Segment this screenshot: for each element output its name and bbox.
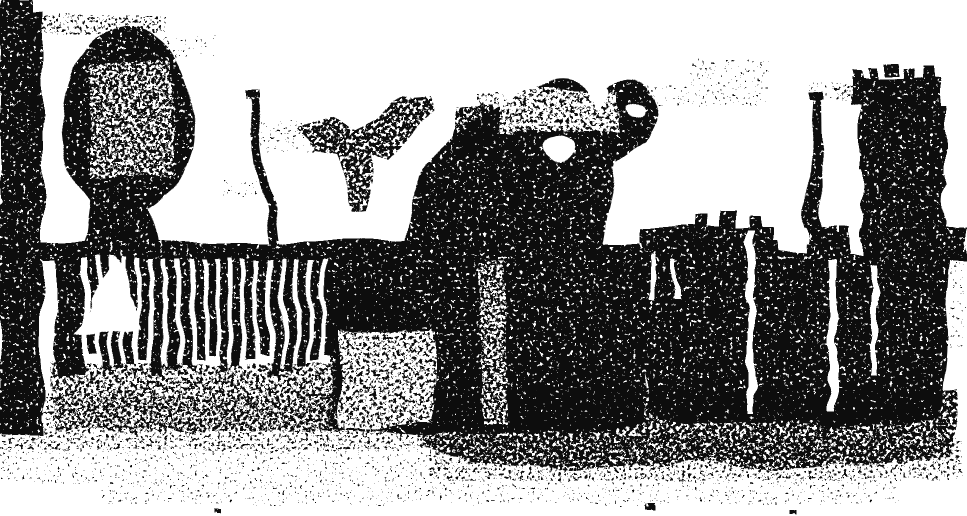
photo-canvas xyxy=(0,0,967,516)
fence-slat xyxy=(326,256,334,356)
rail-bump xyxy=(695,214,707,228)
post-top-nub xyxy=(868,68,877,80)
post-body xyxy=(860,102,946,258)
canopy-trunk xyxy=(84,192,158,247)
post-right-notch xyxy=(942,178,967,230)
post-left-slit xyxy=(850,170,862,256)
body-light-patch xyxy=(340,330,434,426)
fence-slat xyxy=(154,256,162,375)
ground-dot xyxy=(643,502,655,508)
head-top-mottle xyxy=(500,90,620,132)
slat-column-left xyxy=(56,250,82,378)
fence-slat xyxy=(180,256,188,365)
panel-streak xyxy=(747,258,754,414)
fence-slat xyxy=(233,256,241,368)
fence-slat xyxy=(299,256,307,366)
post-top-nub xyxy=(884,64,899,78)
halftone-photograph xyxy=(0,0,967,516)
pole-right-cap xyxy=(810,90,823,98)
slat-foot-zone xyxy=(52,364,364,430)
fence-slat xyxy=(194,256,202,360)
ground-dot xyxy=(216,510,222,515)
light-speckle-layer xyxy=(52,364,364,430)
fence-slat xyxy=(260,256,268,358)
rail-bump xyxy=(719,209,737,228)
panel-streak xyxy=(871,264,877,376)
fence-slat xyxy=(246,256,254,363)
post-top-nub xyxy=(923,68,934,80)
fence-slat xyxy=(286,256,294,371)
fence-slat xyxy=(141,256,149,357)
treeline-speck-band-high xyxy=(690,58,770,88)
left-edge-strip xyxy=(0,12,42,434)
panel-streak xyxy=(673,256,678,298)
ground-dot xyxy=(793,510,800,515)
fence-slat xyxy=(312,256,320,361)
rail-gap xyxy=(772,226,806,242)
body-light-column xyxy=(482,262,506,426)
post-cap xyxy=(850,80,940,104)
pole-left-cap xyxy=(243,88,256,96)
head-patch-hole xyxy=(545,137,575,159)
fence-panel-right xyxy=(645,252,950,427)
panel-streak xyxy=(651,256,656,302)
fence-slat xyxy=(207,256,215,355)
ear-hole xyxy=(626,103,646,117)
ground-fade-bottom xyxy=(100,476,900,504)
post-top-nub xyxy=(904,70,915,80)
rail-bump xyxy=(751,216,762,229)
sky-dash-left xyxy=(222,180,262,198)
fence-slat xyxy=(220,256,228,373)
panel-streak xyxy=(829,260,837,410)
canopy-mottle xyxy=(90,62,174,178)
corner-mark xyxy=(2,0,34,13)
fence-slat xyxy=(167,256,175,370)
post-top-nub xyxy=(852,72,861,82)
fence-slat xyxy=(273,256,281,376)
